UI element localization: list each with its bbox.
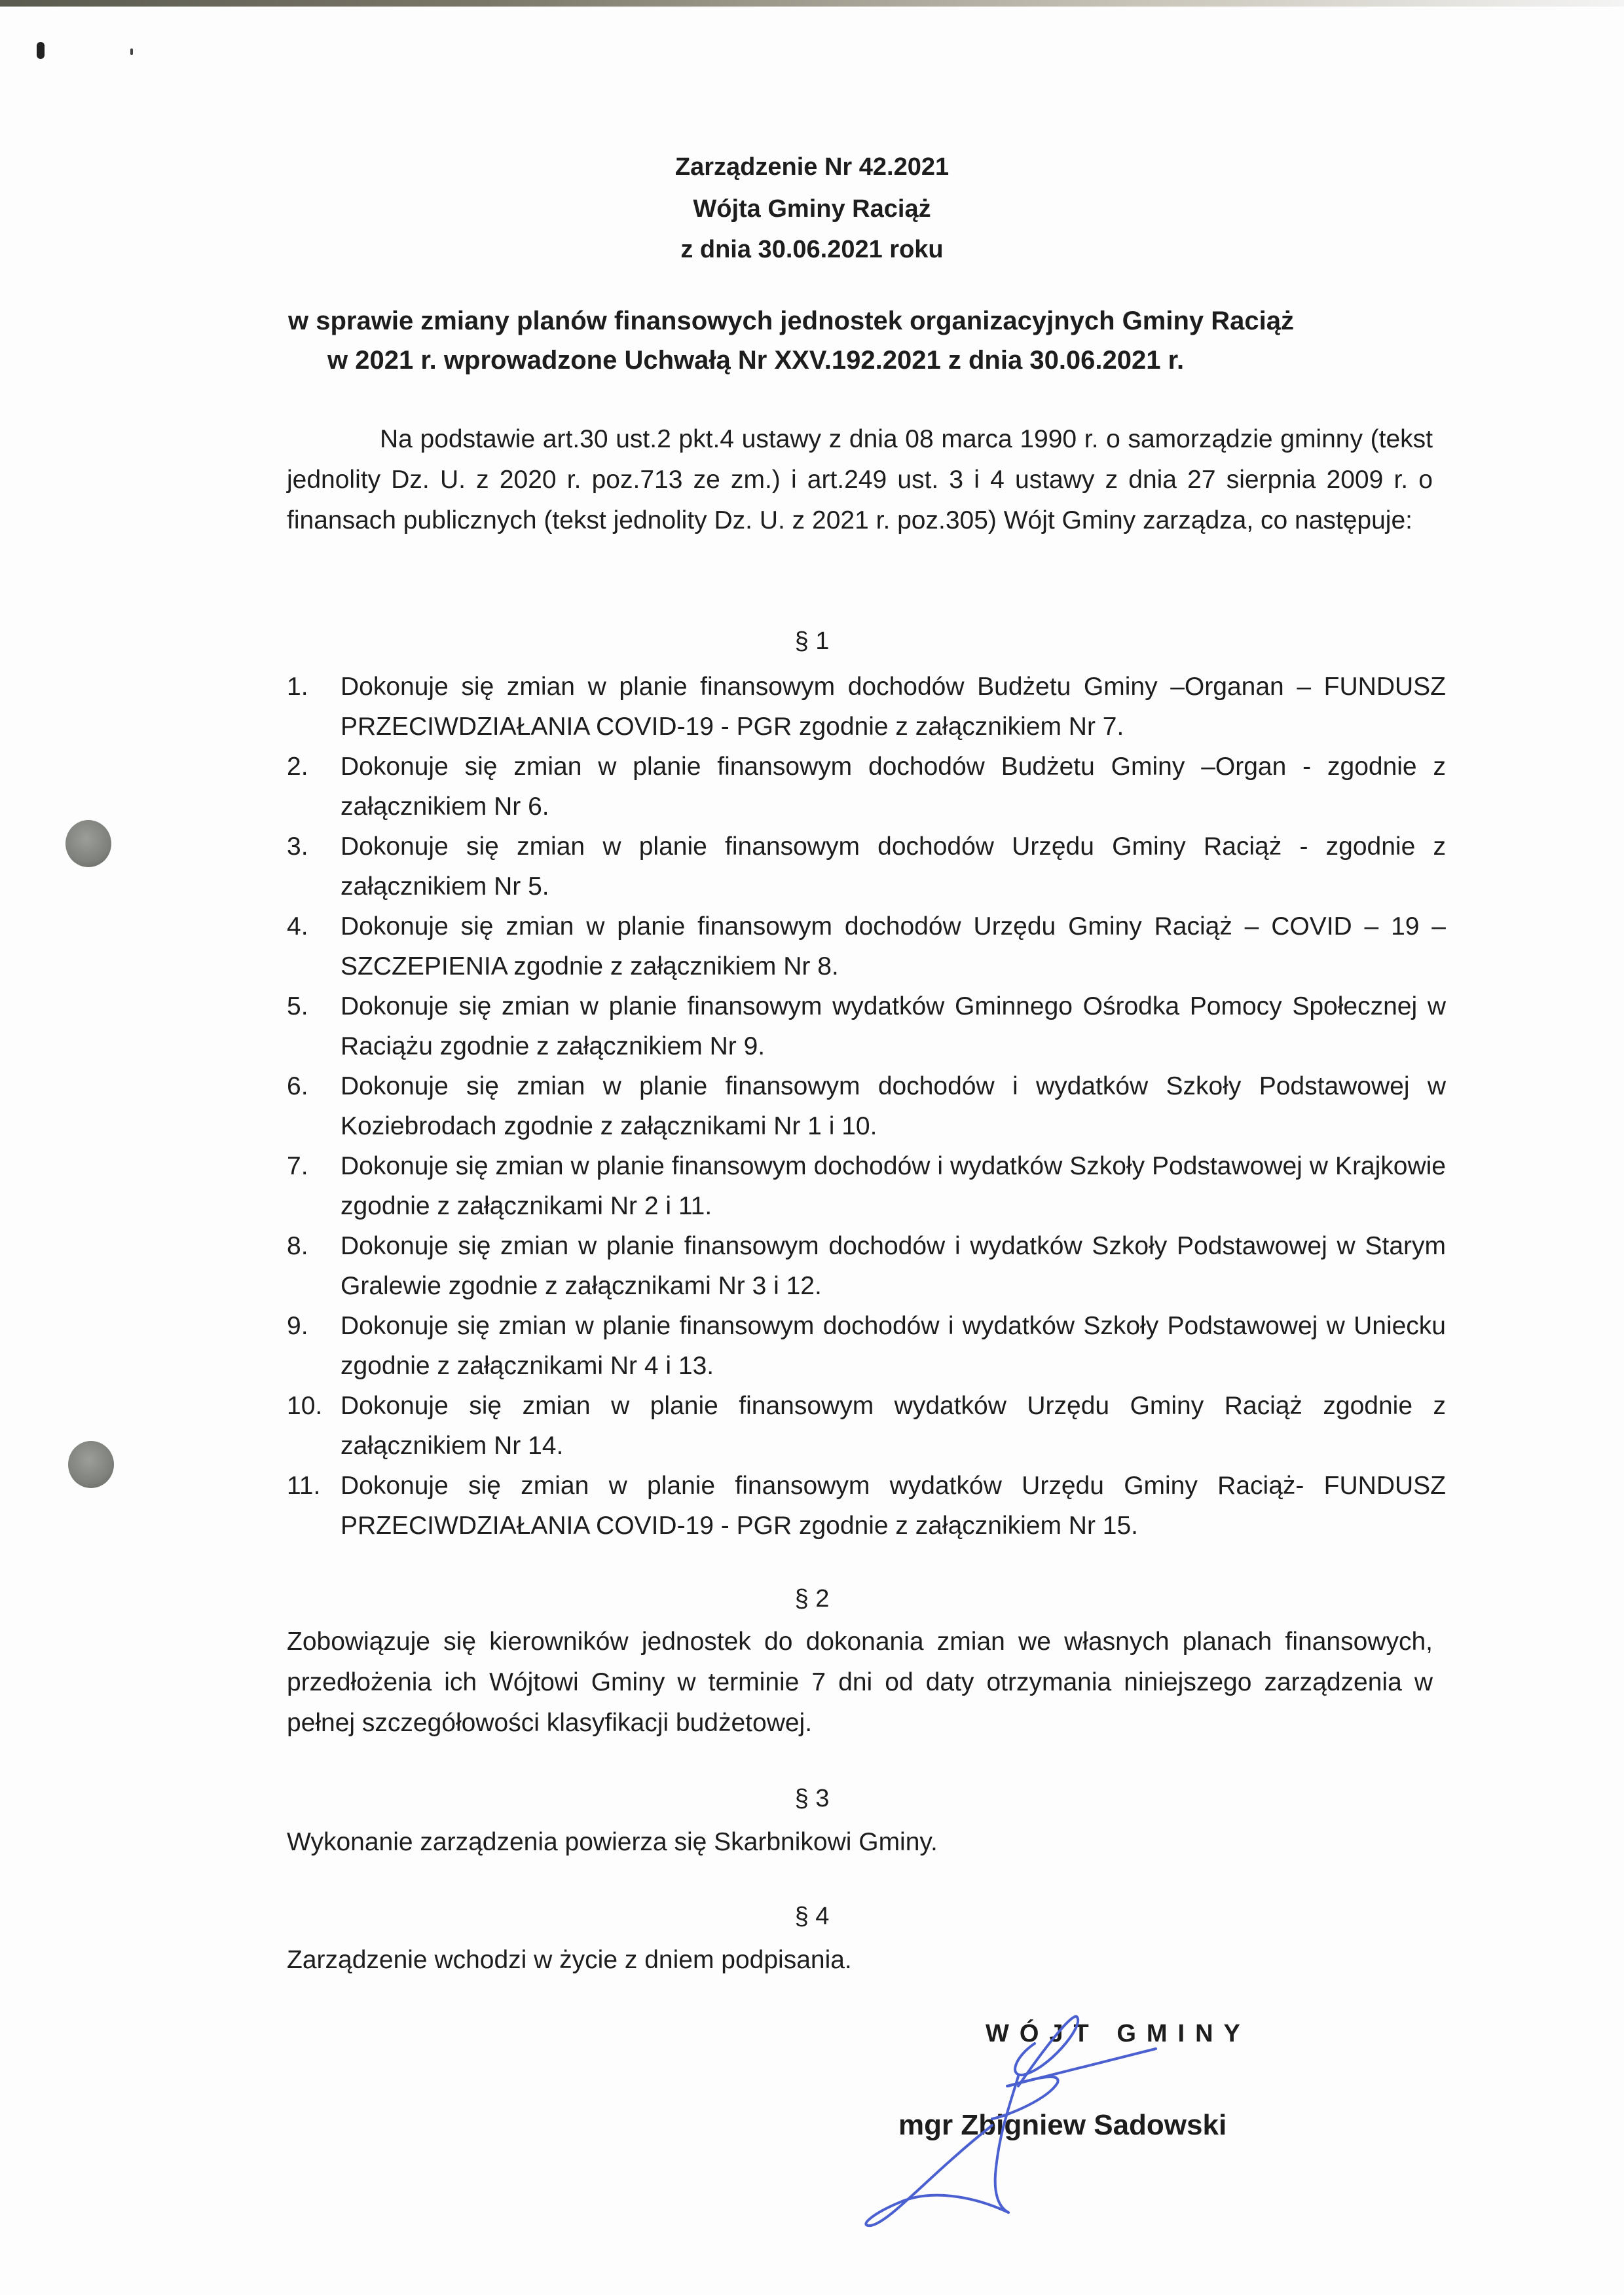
list-item-number: 6. [287, 1066, 308, 1106]
scan-top-edge [0, 0, 1624, 7]
list-item: 6.Dokonuje się zmian w planie finansowym… [287, 1066, 1446, 1146]
scan-mark [37, 42, 45, 59]
document-date: z dnia 30.06.2021 roku [0, 236, 1624, 264]
handwritten-signature [851, 1978, 1375, 2253]
legal-basis-paragraph: Na podstawie art.30 ust.2 pkt.4 ustawy z… [287, 419, 1433, 541]
list-item-text: Dokonuje się zmian w planie finansowym d… [341, 1072, 1446, 1140]
scan-mark [130, 48, 133, 55]
list-item-text: Dokonuje się zmian w planie finansowym d… [341, 753, 1446, 821]
list-item-number: 7. [287, 1146, 308, 1186]
section-2-text: Zobowiązuje się kierowników jednostek do… [287, 1622, 1433, 1744]
section-1-heading: § 1 [0, 627, 1624, 656]
list-item-text: Dokonuje się zmian w planie finansowym w… [341, 1392, 1446, 1460]
list-item-text: Dokonuje się zmian w planie finansowym w… [341, 992, 1446, 1060]
list-item-text: Dokonuje się zmian w planie finansowym d… [341, 1312, 1446, 1380]
section-3-heading: § 3 [0, 1785, 1624, 1813]
list-item-text: Dokonuje się zmian w planie finansowym w… [341, 1472, 1446, 1540]
list-item: 5.Dokonuje się zmian w planie finansowym… [287, 986, 1446, 1066]
list-item-number: 11. [287, 1466, 320, 1506]
section-3-text: Wykonanie zarządzenia powierza się Skarb… [287, 1822, 1433, 1863]
list-item-number: 10. [287, 1386, 322, 1426]
list-item: 4.Dokonuje się zmian w planie finansowym… [287, 906, 1446, 986]
document-subject-line-2: w 2021 r. wprowadzone Uchwałą Nr XXV.192… [327, 346, 1441, 375]
document-issuer: Wójta Gminy Raciąż [0, 195, 1624, 223]
document-subject-line-1: w sprawie zmiany planów finansowych jedn… [288, 307, 1441, 336]
list-item-text: Dokonuje się zmian w planie finansowym d… [341, 673, 1446, 741]
section-4-text: Zarządzenie wchodzi w życie z dniem podp… [287, 1940, 1433, 1981]
list-item: 7.Dokonuje się zmian w planie finansowym… [287, 1146, 1446, 1226]
list-item: 9.Dokonuje się zmian w planie finansowym… [287, 1306, 1446, 1386]
list-item: 10.Dokonuje się zmian w planie finansowy… [287, 1386, 1446, 1466]
list-item-number: 8. [287, 1226, 308, 1266]
list-item-number: 4. [287, 906, 308, 946]
list-item: 1.Dokonuje się zmian w planie finansowym… [287, 667, 1446, 747]
list-item: 8.Dokonuje się zmian w planie finansowym… [287, 1226, 1446, 1306]
list-item-text: Dokonuje się zmian w planie finansowym d… [341, 832, 1446, 901]
punch-hole [65, 820, 111, 867]
list-item: 3.Dokonuje się zmian w planie finansowym… [287, 827, 1446, 906]
section-4-heading: § 4 [0, 1903, 1624, 1931]
list-item-number: 9. [287, 1306, 308, 1346]
list-item: 11.Dokonuje się zmian w planie finansowy… [287, 1466, 1446, 1546]
list-item-number: 3. [287, 827, 308, 867]
list-item-text: Dokonuje się zmian w planie finansowym d… [341, 912, 1446, 980]
list-item: 2.Dokonuje się zmian w planie finansowym… [287, 747, 1446, 827]
punch-hole [68, 1441, 114, 1488]
list-item-text: Dokonuje się zmian w planie finansowym d… [341, 1152, 1446, 1220]
section-2-heading: § 2 [0, 1585, 1624, 1613]
list-item-number: 1. [287, 667, 308, 707]
list-item-number: 5. [287, 986, 308, 1026]
section-1-list: 1.Dokonuje się zmian w planie finansowym… [287, 667, 1446, 1546]
document-title: Zarządzenie Nr 42.2021 [0, 153, 1624, 181]
list-item-number: 2. [287, 747, 308, 787]
list-item-text: Dokonuje się zmian w planie finansowym d… [341, 1232, 1446, 1300]
